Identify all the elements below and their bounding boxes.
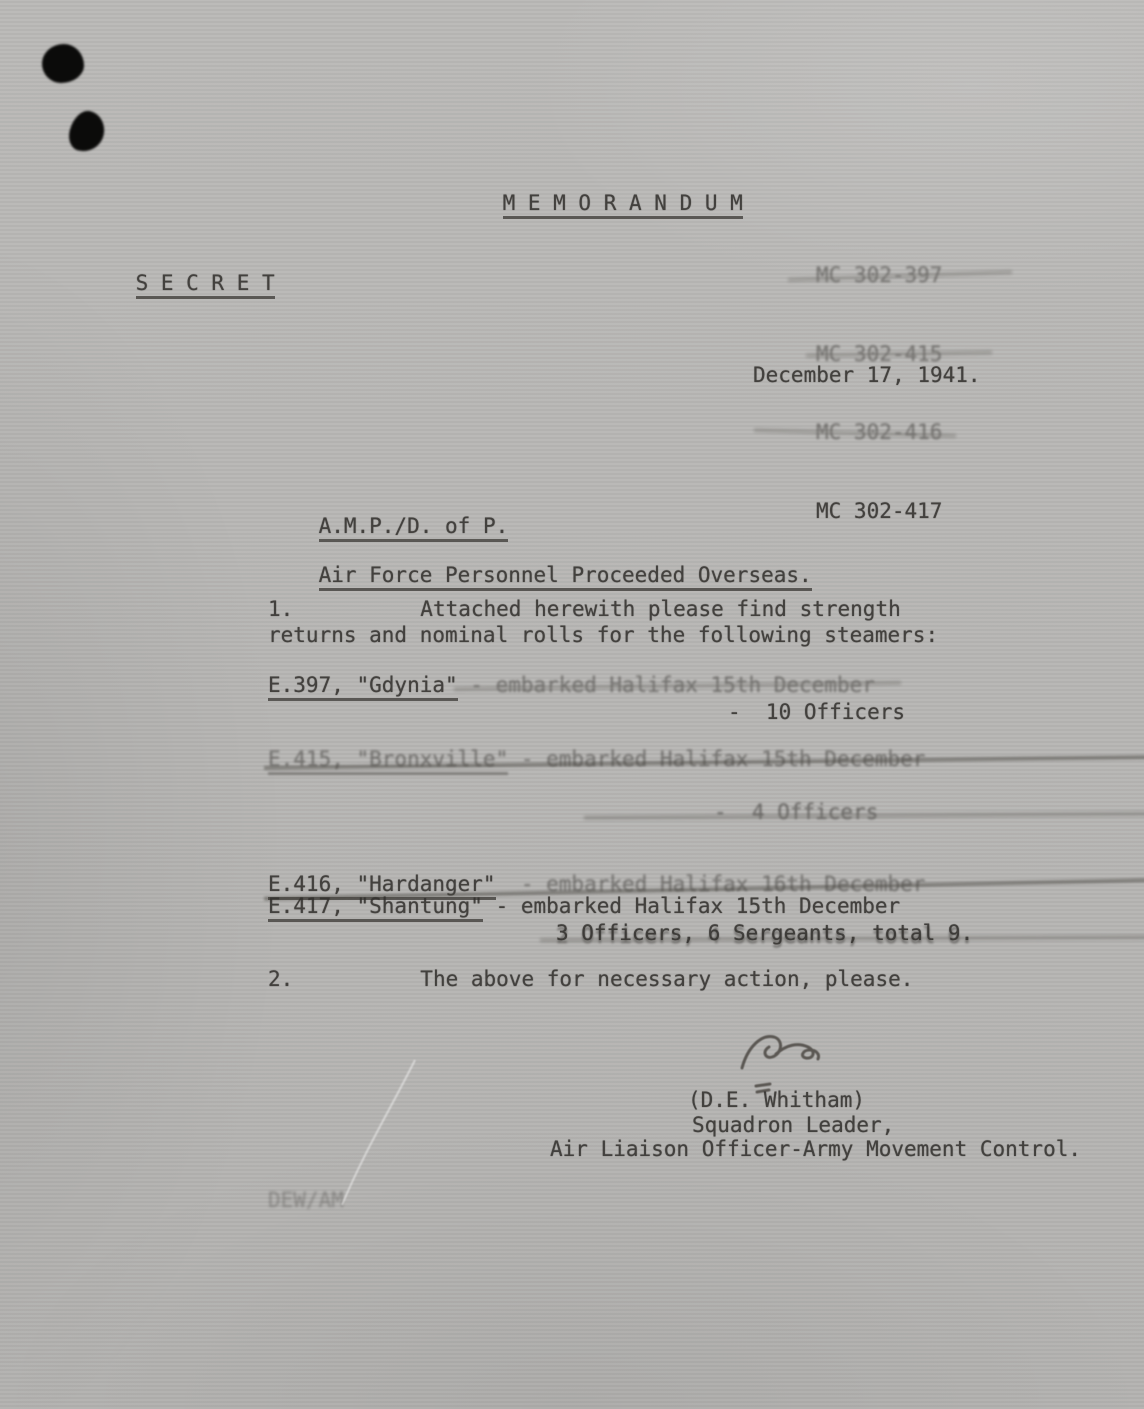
paragraph-2: 2.The above for necessary action, please… [268,966,913,992]
entry-e397-detail: - embarked Halifax 15th December [458,673,875,697]
paragraph-2-text: The above for necessary action, please. [420,967,913,991]
memo-title: M E M O R A N D U M [452,164,743,242]
memo-page: M E M O R A N D U M S E C R E T MC 302-3… [0,0,1144,1409]
file-number-1: MC 302-397 [816,263,942,287]
entry-e415-ship: E.415, "Bronxville" [268,747,508,775]
entry-e417-detail: - embarked Halifax 15th December [483,894,900,918]
entry-e417-line-2: 3 Officers, 6 Sergeants, total 9. [556,920,973,946]
classification-stamp: S E C R E T [85,244,275,322]
classification-text: S E C R E T [136,271,275,299]
subject-text: Air Force Personnel Proceeded Overseas. [319,563,812,591]
entry-e397-ship: E.397, "Gdynia" [268,673,458,701]
paragraph-1-number: 1. [268,597,293,621]
file-number-3: MC 302-416 [816,420,942,444]
signatory-rank: Squadron Leader, [692,1112,894,1138]
memo-title-text: M E M O R A N D U M [503,191,743,219]
file-number-list: MC 302-397 MC 302-415 MC 302-416 MC 302-… [816,210,942,576]
paragraph-1-line-2: returns and nominal rolls for the follow… [268,622,938,648]
signatory-name: (D.E. Whitham) [688,1087,865,1113]
entry-e397-line-2: - 10 Officers [728,699,905,725]
file-number-4: MC 302-417 [816,499,942,523]
entry-e415-detail: - embarked Halifax 15th December [508,747,925,771]
paragraph-1-text: Attached herewith please find strength [420,597,900,621]
memo-date: December 17, 1941. [753,362,981,388]
ink-blot-bottom-icon [66,107,109,155]
entry-e415-line-1: E.415, "Bronxville" - embarked Halifax 1… [268,746,1144,772]
paragraph-2-number: 2. [268,967,293,991]
entry-e397-line-1: E.397, "Gdynia" - embarked Halifax 15th … [268,672,875,698]
entry-e415-line-2: - 4 Officers [714,799,1144,825]
signatory-title: Air Liaison Officer-Army Movement Contro… [550,1136,1081,1162]
paper-scratch [330,1055,460,1215]
ink-blot-top-icon [42,44,84,83]
paragraph-1-line-1: 1.Attached herewith please find strength [268,596,901,622]
entry-e417-line-1: E.417, "Shantung" - embarked Halifax 15t… [268,893,900,919]
entry-e417-ship: E.417, "Shantung" [268,894,483,922]
